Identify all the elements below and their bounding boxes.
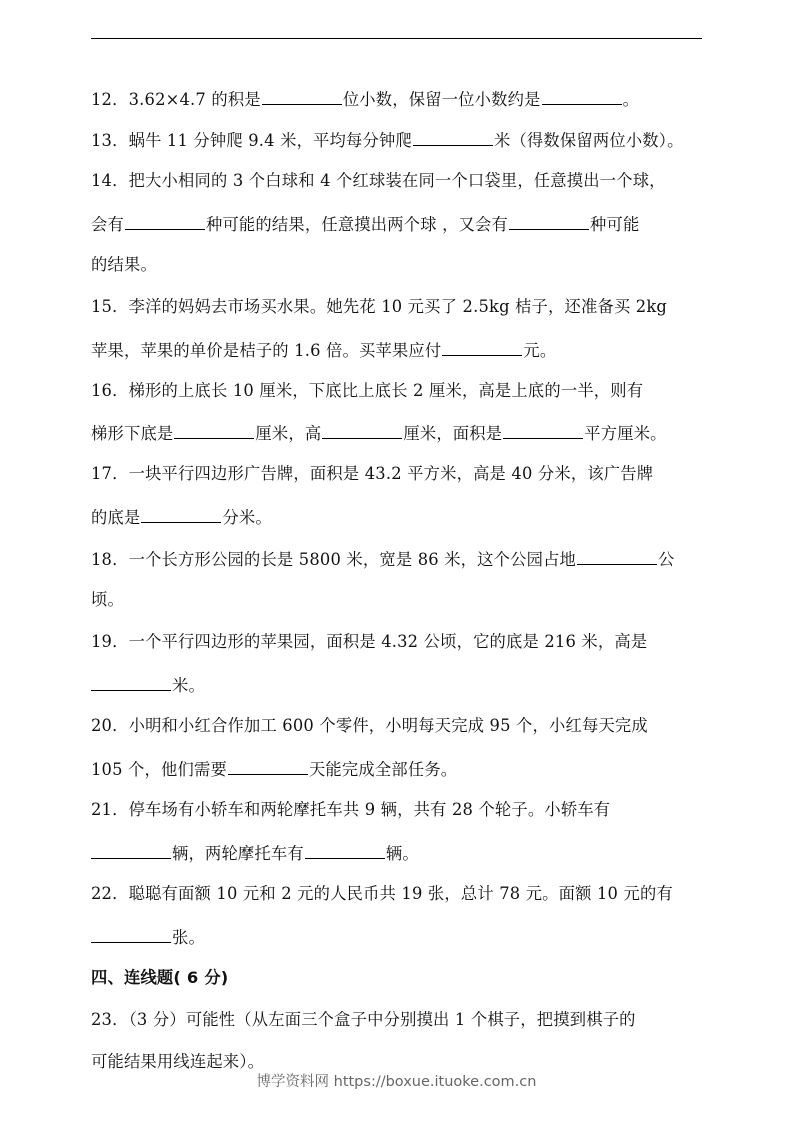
question-19-line1: 19．一个平行四边形的苹果园，面积是 4.32 公顷，它的底是 216 米，高是 [91, 631, 706, 653]
question-19-line2: 米。 [91, 673, 706, 697]
text: 厘米，面积是 [403, 424, 502, 443]
question-16-line2: 梯形下底是厘米，高厘米，面积是平方厘米。 [91, 421, 706, 445]
question-16-line1: 16．梯形的上底长 10 厘米，下底比上底长 2 厘米，高是上底的一半，则有 [91, 380, 706, 402]
text: 元。 [523, 341, 556, 360]
question-21-line2: 辆，两轮摩托车有辆。 [91, 841, 706, 865]
text: 厘米，高 [255, 424, 321, 443]
text: 12．3.62×4.7 的积是 [91, 90, 261, 109]
text: 13．蜗牛 11 分钟爬 9.4 米，平均每分钟爬 [91, 131, 412, 150]
text: 辆，两轮摩托车有 [172, 844, 304, 863]
text: 位小数，保留一位小数约是 [343, 90, 541, 109]
text: 105 个，他们需要 [91, 760, 227, 779]
question-13: 13．蜗牛 11 分钟爬 9.4 米，平均每分钟爬米（得数保留两位小数）。 [91, 128, 706, 152]
question-14-line3: 的结果。 [91, 254, 706, 276]
answer-blank[interactable] [141, 505, 221, 523]
answer-blank[interactable] [542, 87, 622, 105]
answer-blank[interactable] [174, 421, 254, 439]
text: 会有 [91, 215, 124, 234]
text: 苹果，苹果的单价是桔子的 1.6 倍。买苹果应付 [91, 341, 441, 360]
text: 18．一个长方形公园的长是 5800 米，宽是 86 米，这个公园占地 [91, 550, 576, 569]
answer-blank[interactable] [125, 212, 205, 230]
header-rule [91, 38, 702, 39]
answer-blank[interactable] [442, 338, 522, 356]
text: 天能完成全部任务。 [309, 760, 457, 779]
text: 种可能 [590, 215, 639, 234]
text: 张。 [172, 928, 205, 947]
section-heading: 四、连线题( 6 分) [91, 967, 706, 989]
text: 。 [623, 90, 639, 109]
text: 平方厘米。 [584, 424, 666, 443]
answer-blank[interactable] [262, 87, 342, 105]
answer-blank[interactable] [413, 128, 493, 146]
text: 的底是 [91, 508, 140, 527]
question-14-line2: 会有种可能的结果，任意摸出两个球 ，又会有种可能 [91, 212, 706, 236]
answer-blank[interactable] [322, 421, 402, 439]
question-14-line1: 14．把大小相同的 3 个白球和 4 个红球装在同一个口袋里，任意摸出一个球， [91, 170, 706, 192]
text: 分米。 [222, 508, 271, 527]
text: 种可能的结果，任意摸出两个球 ，又会有 [206, 215, 508, 234]
question-20-line2: 105 个，他们需要天能完成全部任务。 [91, 757, 706, 781]
question-15-line1: 15．李洋的妈妈去市场买水果。她先花 10 元买了 2.5kg 桔子，还准备买 … [91, 296, 706, 318]
text: 梯形下底是 [91, 424, 173, 443]
answer-blank[interactable] [91, 925, 171, 943]
answer-blank[interactable] [509, 212, 589, 230]
question-21-line1: 21．停车场有小轿车和两轮摩托车共 9 辆，共有 28 个轮子。小轿车有 [91, 799, 706, 821]
answer-blank[interactable] [91, 841, 171, 859]
question-17-line1: 17．一块平行四边形广告牌，面积是 43.2 平方米，高是 40 分米，该广告牌 [91, 463, 706, 485]
answer-blank[interactable] [228, 757, 308, 775]
question-17-line2: 的底是分米。 [91, 505, 706, 529]
question-22-line2: 张。 [91, 925, 706, 949]
question-22-line1: 22．聪聪有面额 10 元和 2 元的人民币共 19 张，总计 78 元。面额 … [91, 883, 706, 905]
text: 米。 [172, 676, 205, 695]
question-18-line2: 顷。 [91, 589, 706, 611]
answer-blank[interactable] [577, 547, 657, 565]
question-23-line1: 23．（3 分）可能性（从左面三个盒子中分别摸出 1 个棋子，把摸到棋子的 [91, 1009, 706, 1031]
footer-watermark: 博学资料网 https://boxue.ituoke.com.cn [0, 1070, 793, 1091]
answer-blank[interactable] [91, 673, 171, 691]
question-15-line2: 苹果，苹果的单价是桔子的 1.6 倍。买苹果应付元。 [91, 338, 706, 362]
answer-blank[interactable] [305, 841, 385, 859]
question-20-line1: 20．小明和小红合作加工 600 个零件，小明每天完成 95 个，小红每天完成 [91, 715, 706, 737]
answer-blank[interactable] [503, 421, 583, 439]
text: 公 [658, 550, 674, 569]
text: 米（得数保留两位小数）。 [494, 131, 684, 150]
question-12: 12．3.62×4.7 的积是位小数，保留一位小数约是。 [91, 87, 706, 111]
text: 辆。 [386, 844, 419, 863]
question-18-line1: 18．一个长方形公园的长是 5800 米，宽是 86 米，这个公园占地公 [91, 547, 706, 571]
